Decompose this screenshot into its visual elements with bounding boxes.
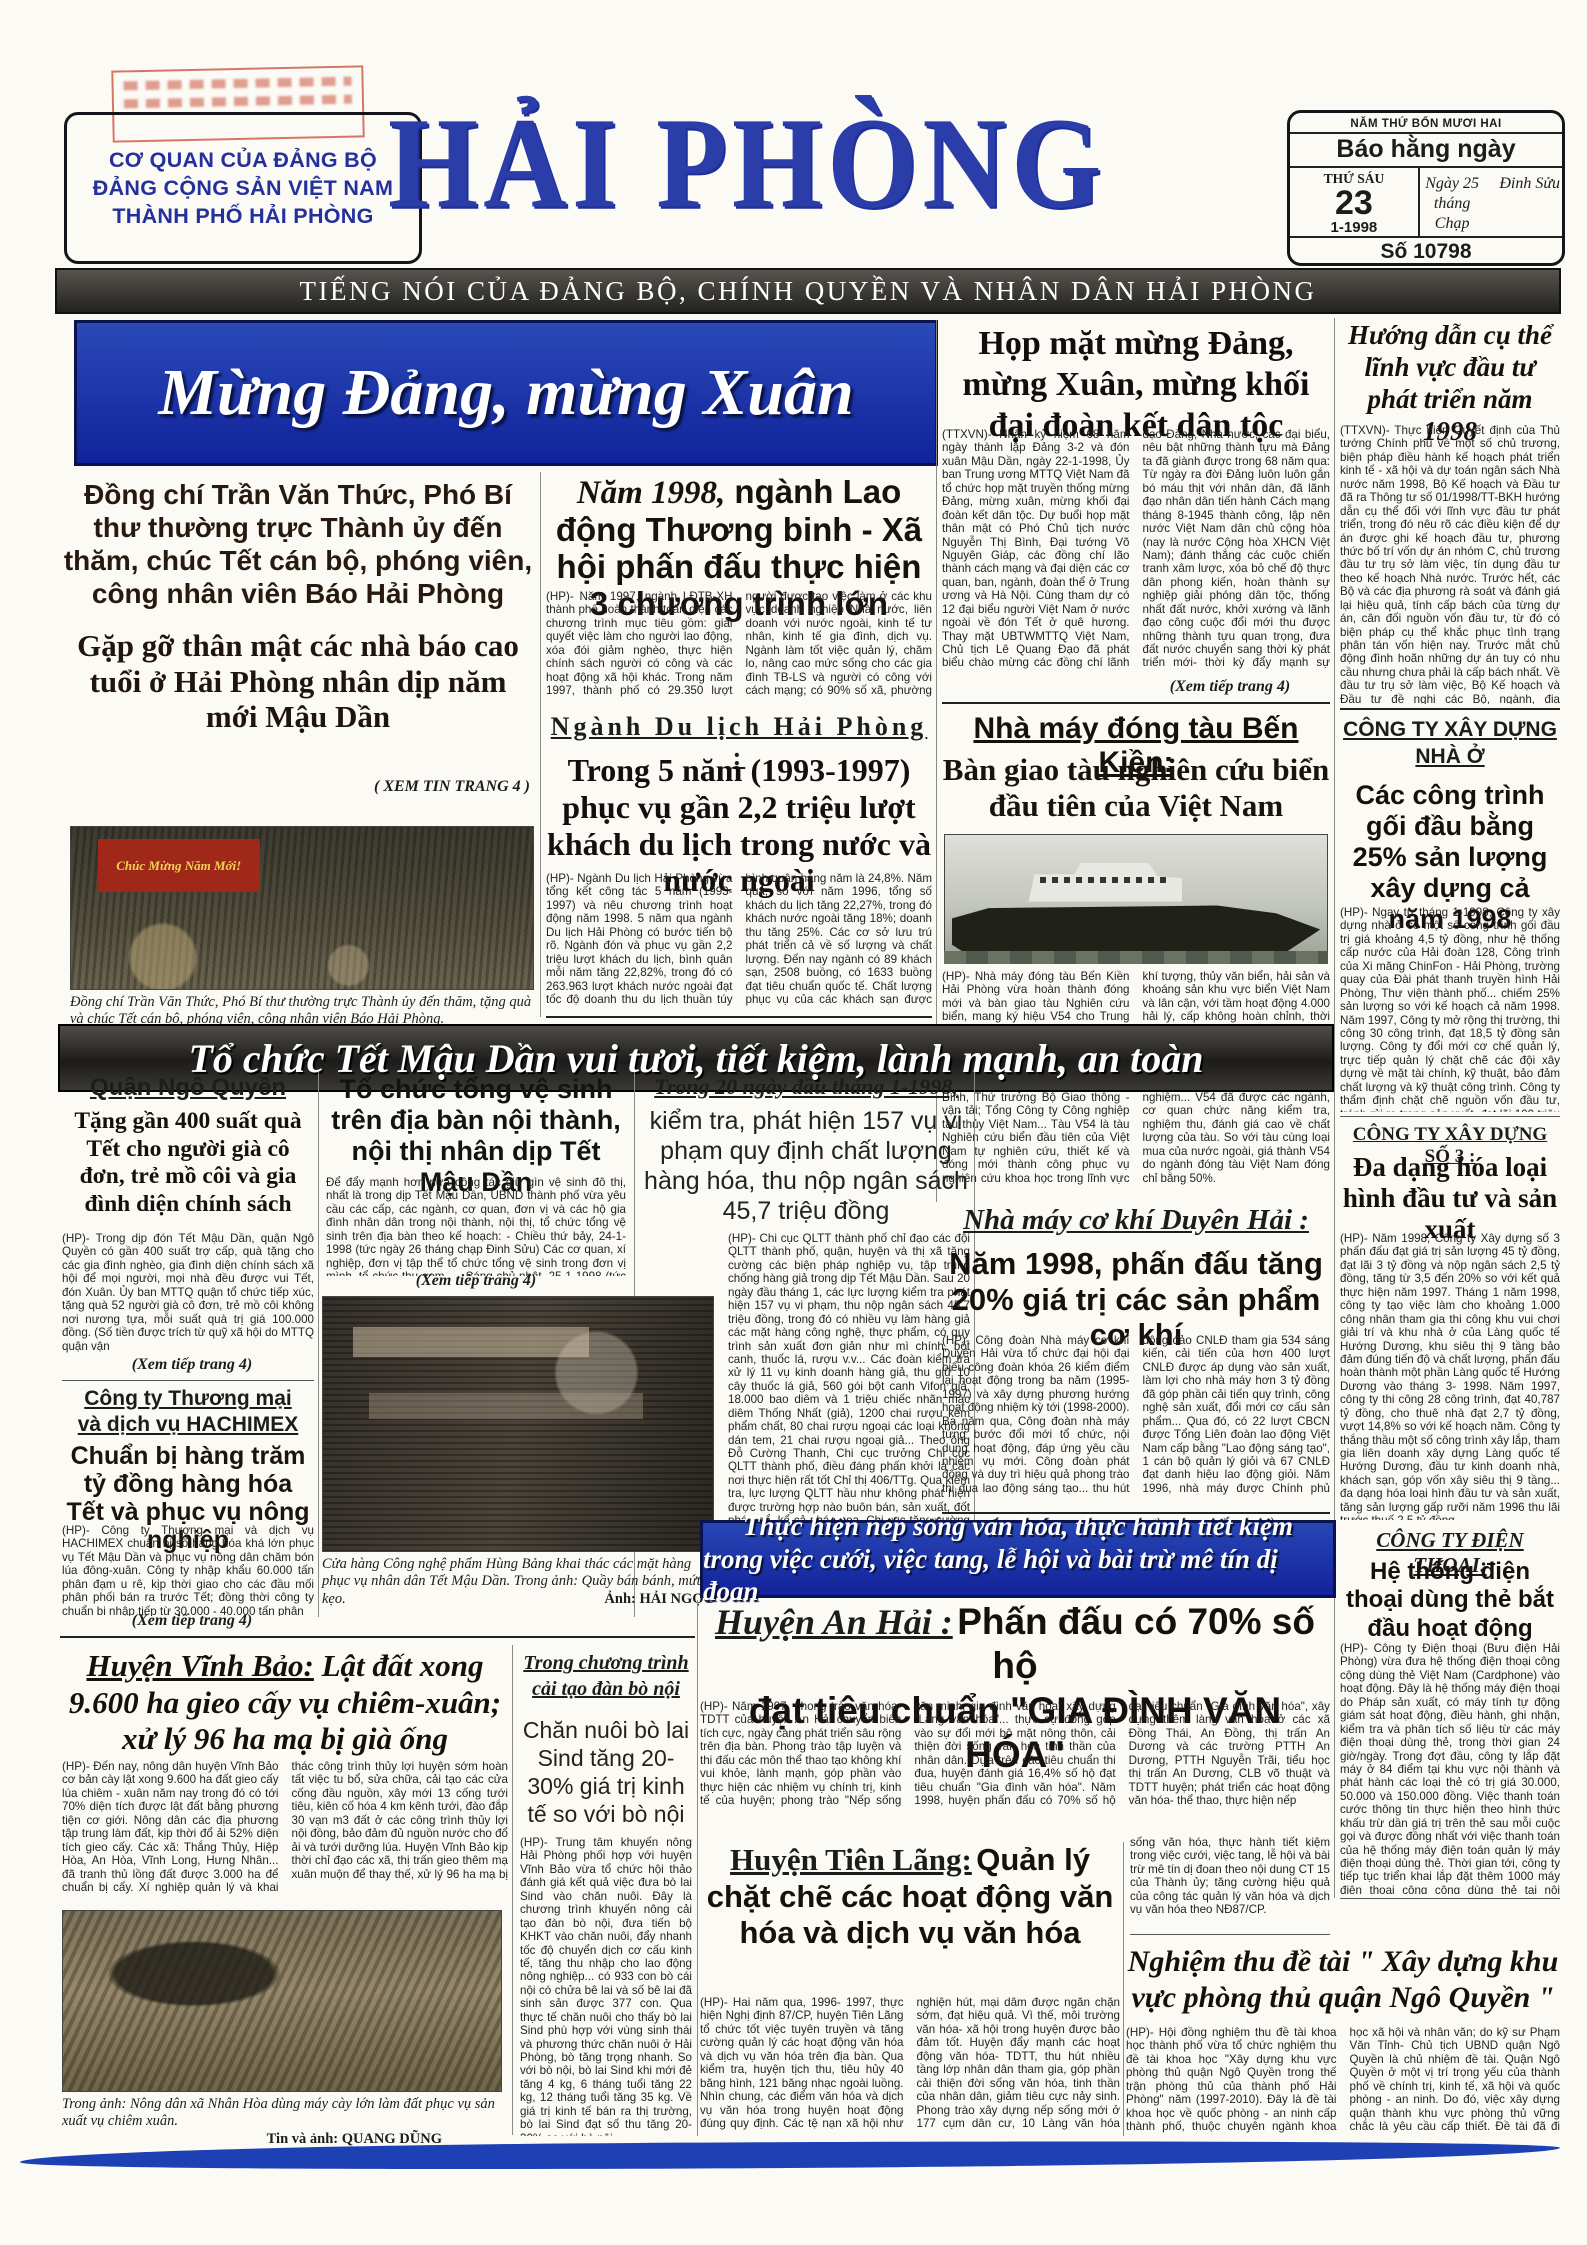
masthead-title: HẢI PHÒNG (388, 90, 1106, 239)
section-rule (942, 702, 1330, 704)
article-xd-so3-body: (HP)- Năm 1998, Công ty Xây dựng số 3 ph… (1340, 1232, 1560, 1520)
photo-tractor-caption: Trong ảnh: Nông dân xã Nhân Hòa dùng máy… (62, 2096, 502, 2148)
section-rule (1340, 1116, 1560, 1117)
org-line: ĐẢNG CỘNG SẢN VIỆT NAM (67, 176, 419, 201)
column-rule (318, 1072, 319, 1617)
issue-number: Số 10798 (1290, 238, 1562, 266)
article-ben-kien-headline: Bàn giao tàu nghiên cứu biển đầu tiên củ… (942, 752, 1330, 823)
continued-note: (Xem tiếp trang 4) (92, 1356, 292, 1374)
article-bo-sind-body: (HP)- Trung tâm khuyến nông Hải Phòng ph… (520, 1836, 692, 2136)
photo-tractor (62, 1910, 502, 2092)
org-box: CƠ QUAN CỦA ĐẢNG BỘ ĐẢNG CỘNG SẢN VIỆT N… (64, 112, 422, 264)
see-page-note: ( XEM TIN TRANG 4 ) (300, 778, 530, 796)
article-dien-thoai-body: (HP)- Công ty Điện thoại (Bưu điện Hải P… (1340, 1642, 1560, 1894)
article-ngo-quyen-headline: Tặng gần 400 suất quà Tết cho người già … (62, 1108, 314, 1219)
photo-ship-v54 (944, 834, 1328, 964)
article-vinh-bao-body: (HP)- Đến nay, nông dân huyện Vĩnh Bảo c… (62, 1760, 508, 1906)
article-thuc-visit-headline: Đồng chí Trần Văn Thức, Phó Bí thư thườn… (62, 478, 534, 610)
article-tien-lang-body: (HP)- Hai năm qua, 1996- 1997, thực hiện… (700, 1996, 1120, 2136)
section-rule (62, 1380, 314, 1381)
article-hachimex-body: (HP)- Công ty Thương mại và dịch vụ HACH… (62, 1524, 314, 1616)
column-rule (697, 1600, 698, 2136)
issue-date: THỨ SÁU 23 1-1998 (1290, 168, 1420, 236)
issue-year-line: NĂM THỨ BỐN MƯƠI HAI (1290, 113, 1562, 134)
article-tien-lang-headline: Huyện Tiên Lãng: Quản lý chặt chẽ các ho… (700, 1842, 1120, 1952)
column-rule (1334, 318, 1335, 1898)
motto-banner: TIẾNG NÓI CỦA ĐẢNG BỘ, CHÍNH QUYỀN VÀ NH… (55, 268, 1561, 314)
article-bo-sind-kicker: Trong chương trình cải tạo đàn bò nội (520, 1650, 692, 1702)
photo-banner-text: Chúc Mừng Năm Mới! (98, 839, 260, 892)
section-rule (1340, 708, 1560, 710)
section-rule (1130, 1934, 1330, 1935)
newspaper-page: CƠ QUAN CỦA ĐẢNG BỘ ĐẢNG CỘNG SẢN VIỆT N… (0, 0, 1587, 2245)
photo-thuc-visit: Chúc Mừng Năm Mới! (70, 826, 534, 990)
article-du-lich-body: (HP)- Ngành Du lịch Hải Phòng vừa tổng k… (546, 872, 932, 1014)
article-thuc-visit-subhead: Gặp gỡ thân mật các nhà báo cao tuổi ở H… (66, 628, 530, 735)
article-qltt-body: (HP)- Chi cục QLTT thành phố chỉ đạo các… (642, 1232, 970, 1552)
article-ngo-quyen-kicker: Quận Ngô Quyền (62, 1074, 314, 1102)
section-rule (1340, 1898, 1560, 1899)
article-nghiem-thu-headline: Nghiệm thu đề tài " Xây dựng khu vực phò… (1126, 1944, 1560, 2016)
article-bo-sind-headline: Chăn nuôi bò lai Sind tăng 20-30% giá tr… (520, 1716, 692, 1828)
column-rule (540, 472, 541, 1017)
section-rule (546, 1016, 932, 1018)
article-dien-thoai-headline: Hệ thống điện thoại dùng thẻ bắt đầu hoạ… (1340, 1558, 1560, 1643)
article-xd-nha-o-body: (HP)- Ngay từ tháng 1-1998, Công ty xây … (1340, 906, 1560, 1112)
article-vinh-bao-headline: Huyện Vĩnh Bảo: Lật đất xong 9.600 ha gi… (62, 1648, 508, 1758)
article-an-hai-body-col3: sống văn hóa, thực hành tiết kiệm trong … (1130, 1836, 1330, 1928)
article-an-hai-body: (HP)- Năm 1997, phong trào văn hóa-TDTT … (700, 1700, 1330, 1832)
org-line: CƠ QUAN CỦA ĐẢNG BỘ (67, 148, 419, 173)
issue-box: NĂM THỨ BỐN MƯƠI HAI Báo hằng ngày THỨ S… (1287, 110, 1565, 266)
issue-daily: Báo hằng ngày (1290, 134, 1562, 168)
article-huong-dan-body: (TTXVN)- Thực hiện Quyết định của Thủ tư… (1340, 424, 1560, 704)
article-duyen-hai-kicker: Nhà máy cơ khí Duyên Hải : (942, 1204, 1330, 1237)
article-lao-dong-body: (HP)- Năm 1997, ngành LĐTB-XH thành phố … (546, 590, 932, 702)
article-hop-mat-body: (TTXVN)- Nhân kỷ niệm 68 năm ngày thành … (942, 428, 1330, 676)
article-hachimex-kicker: Công ty Thương mại và dịch vụ HACHIMEX (62, 1386, 314, 1439)
article-ngo-quyen-body: (HP)- Trong dịp đón Tết Mậu Dần, quận Ng… (62, 1232, 314, 1356)
issue-lunar-date: Ngày 25 tháng Chạp Đinh Sửu (1420, 168, 1562, 236)
article-nghiem-thu-body: (HP)- Hội đồng nghiệm thu đề tài khoa họ… (1126, 2026, 1560, 2136)
column-rule (512, 1645, 513, 2135)
spring-banner: Mừng Đảng, mừng Xuân (74, 320, 938, 466)
lifestyle-banner: Thực hiện nếp sống văn hóa, thực hành ti… (700, 1520, 1336, 1598)
section-rule (60, 1636, 695, 1638)
article-qltt-headline: kiểm tra, phát hiện 157 vụ vi phạm quy đ… (642, 1106, 970, 1226)
photo-tet-market-caption: Cửa hàng Công nghệ phẩm Hùng Bảng khai t… (322, 1556, 714, 1608)
continued-note: (Xem tiếp trang 4) (92, 1612, 292, 1630)
article-ve-sinh-body: Để đẩy mạnh hơn nữa công tác giữ gìn vệ … (326, 1176, 626, 1276)
photo-overlap-spacer (642, 1320, 720, 1546)
continued-note: (Xem tiếp trang 4) (1130, 678, 1330, 696)
column-rule (1123, 1842, 1124, 2136)
continued-note: (Xem tiếp trang 4) (376, 1272, 576, 1290)
org-line: THÀNH PHỐ HẢI PHÒNG (67, 204, 419, 229)
article-xd-nha-o-kicker: CÔNG TY XÂY DỰNG NHÀ Ở (1340, 716, 1560, 771)
article-qltt-kicker: Trong 20 ngày đầu tháng 1-1998, (642, 1074, 970, 1100)
article-duyen-hai-body: (HP)- Công đoàn Nhà máy cơ khí Duyên Hải… (942, 1334, 1330, 1506)
